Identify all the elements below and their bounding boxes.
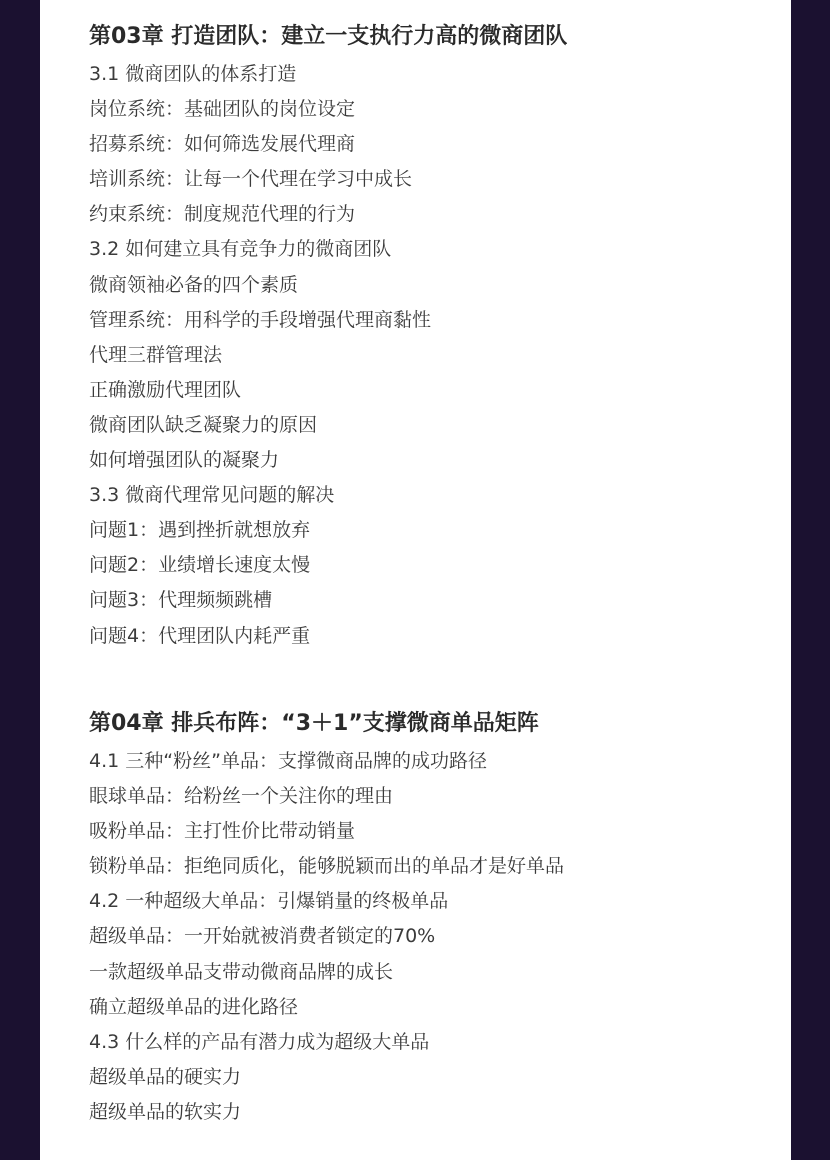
list-item: 微商团队缺乏凝聚力的原因 — [89, 408, 789, 443]
chapter-items: 4.1 三种“粉丝”单品：支撑微商品牌的成功路径 眼球单品：给粉丝一个关注你的理… — [89, 744, 789, 1130]
list-item: 岗位系统：基础团队的岗位设定 — [89, 92, 789, 127]
list-item: 眼球单品：给粉丝一个关注你的理由 — [89, 779, 789, 814]
chapter-items: 3.1 微商团队的体系打造 岗位系统：基础团队的岗位设定 招募系统：如何筛选发展… — [89, 57, 789, 654]
list-item: 正确激励代理团队 — [89, 373, 789, 408]
chapter-03: 第03章 打造团队：建立一支执行力高的微商团队 3.1 微商团队的体系打造 岗位… — [89, 17, 789, 654]
chapter-04: 第04章 排兵布阵：“3＋1”支撑微商单品矩阵 4.1 三种“粉丝”单品：支撑微… — [89, 704, 789, 1130]
document-page: 第03章 打造团队：建立一支执行力高的微商团队 3.1 微商团队的体系打造 岗位… — [40, 0, 791, 1160]
chapter-title: 第03章 打造团队：建立一支执行力高的微商团队 — [89, 17, 789, 57]
list-item: 吸粉单品：主打性价比带动销量 — [89, 814, 789, 849]
list-item: 培训系统：让每一个代理在学习中成长 — [89, 162, 789, 197]
list-item: 锁粉单品：拒绝同质化，能够脱颖而出的单品才是好单品 — [89, 849, 789, 884]
section-heading: 4.1 三种“粉丝”单品：支撑微商品牌的成功路径 — [89, 744, 789, 779]
list-item: 约束系统：制度规范代理的行为 — [89, 197, 789, 232]
chapter-title: 第04章 排兵布阵：“3＋1”支撑微商单品矩阵 — [89, 704, 789, 744]
section-heading: 3.2 如何建立具有竞争力的微商团队 — [89, 232, 789, 267]
list-item: 确立超级单品的进化路径 — [89, 990, 789, 1025]
list-item: 微商领袖必备的四个素质 — [89, 268, 789, 303]
list-item: 超级单品的软实力 — [89, 1095, 789, 1130]
list-item: 一款超级单品支带动微商品牌的成长 — [89, 955, 789, 990]
list-item: 招募系统：如何筛选发展代理商 — [89, 127, 789, 162]
list-item: 问题1：遇到挫折就想放弃 — [89, 513, 789, 548]
list-item: 问题2：业绩增长速度太慢 — [89, 548, 789, 583]
list-item: 超级单品的硬实力 — [89, 1060, 789, 1095]
list-item: 管理系统：用科学的手段增强代理商黏性 — [89, 303, 789, 338]
list-item: 代理三群管理法 — [89, 338, 789, 373]
list-item: 超级单品：一开始就被消费者锁定的70% — [89, 919, 789, 954]
list-item: 问题3：代理频频跳槽 — [89, 583, 789, 618]
list-item: 如何增强团队的凝聚力 — [89, 443, 789, 478]
section-heading: 4.3 什么样的产品有潜力成为超级大单品 — [89, 1025, 789, 1060]
section-heading: 3.1 微商团队的体系打造 — [89, 57, 789, 92]
list-item: 问题4：代理团队内耗严重 — [89, 619, 789, 654]
section-heading: 4.2 一种超级大单品：引爆销量的终极单品 — [89, 884, 789, 919]
section-heading: 3.3 微商代理常见问题的解决 — [89, 478, 789, 513]
